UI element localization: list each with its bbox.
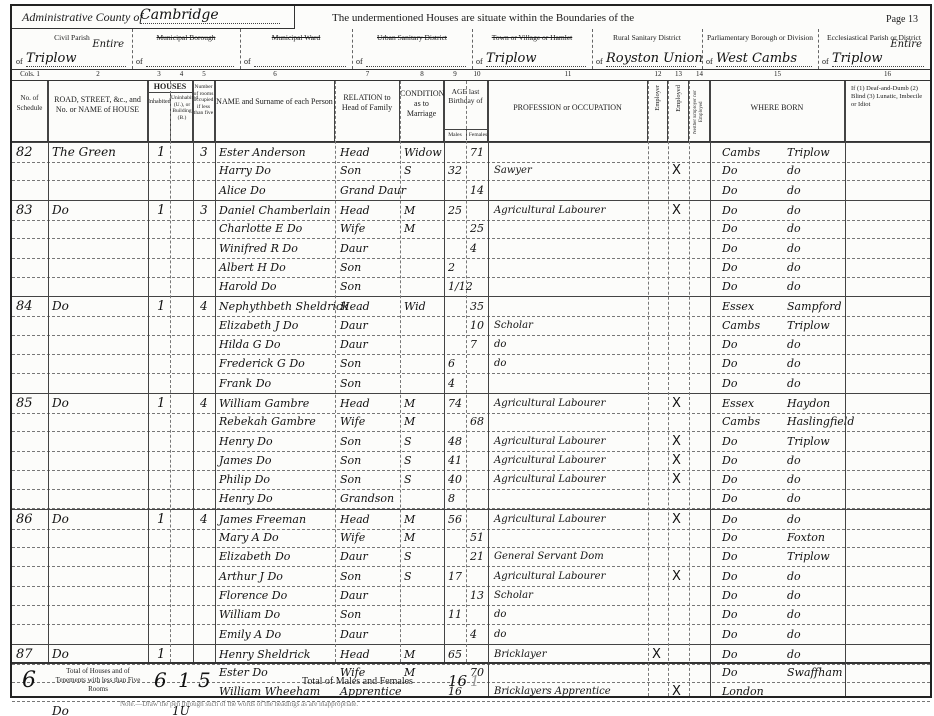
- table-row: 85Do14William GambreHeadM74Agricultural …: [12, 393, 930, 414]
- page-number: Page 13: [886, 14, 918, 25]
- cell-female-age: 25: [470, 219, 488, 238]
- cell-condition: M: [404, 412, 444, 431]
- cell-employer: [652, 510, 666, 529]
- cell-inhabited: [157, 219, 169, 238]
- cell-employer: [652, 625, 666, 644]
- cell-male-age: 8: [448, 489, 466, 508]
- cell-condition: Wid: [404, 297, 444, 316]
- cell-male-age: 32: [448, 161, 466, 180]
- cell-born-county: [722, 702, 782, 716]
- cell-uninhabited: [172, 335, 192, 354]
- cell-born-county: Do: [722, 258, 782, 277]
- cell-neither: [693, 470, 707, 489]
- table-row: Emily A DoDaur4doDodo: [12, 625, 930, 645]
- cell-rooms: 4: [200, 510, 214, 529]
- total-schedules: 6: [22, 668, 36, 693]
- cell-neither: [693, 277, 707, 296]
- cell-schedule: [16, 161, 46, 180]
- cell-female-age: 35: [470, 297, 488, 316]
- cell-occupation: do: [494, 354, 648, 373]
- cell-born-place: Foxton: [787, 528, 845, 547]
- cell-rooms: [200, 586, 214, 605]
- cell-uninhabited: [172, 586, 192, 605]
- cell-employer: X: [652, 645, 666, 664]
- cell-born-place: do: [787, 451, 845, 470]
- cell-schedule: [16, 625, 46, 644]
- header-females: Females: [466, 129, 489, 140]
- cell-rooms: [200, 258, 214, 277]
- cell-male-age: [448, 625, 466, 644]
- cell-rooms: [200, 219, 214, 238]
- cell-female-age: 13: [470, 586, 488, 605]
- cell-neither: [693, 432, 707, 451]
- column-divider: [48, 81, 49, 662]
- district-6: Parliamentary Borough or DivisionofWest …: [702, 29, 819, 69]
- cell-male-age: [448, 528, 466, 547]
- cell-born-place: do: [787, 219, 845, 238]
- cell-employer: [652, 432, 666, 451]
- cell-born-place: do: [787, 258, 845, 277]
- district-1: Municipal Boroughof: [132, 29, 241, 69]
- table-row: 83Do13Daniel ChamberlainHeadM25Agricultu…: [12, 200, 930, 221]
- cell-schedule: [16, 470, 46, 489]
- cell-uninhabited: [172, 316, 192, 335]
- cell-rooms: [200, 412, 214, 431]
- column-divider: [648, 81, 649, 696]
- cell-born-county: Do: [722, 374, 782, 393]
- cell-born-place: do: [787, 354, 845, 373]
- table-row: Arthur J DoSonS17Agricultural LabourerXD…: [12, 567, 930, 587]
- cell-occupation: Agricultural Labourer: [494, 567, 648, 586]
- cell-name: Elizabeth Do: [219, 547, 337, 566]
- cell-neither: [693, 219, 707, 238]
- cell-born-county: Do: [722, 181, 782, 200]
- cell-inhabited: [157, 354, 169, 373]
- cell-condition: M: [404, 394, 444, 413]
- cell-born-place: do: [787, 335, 845, 354]
- cell-name: Charlotte E Do: [219, 219, 337, 238]
- cell-born-county: Do: [722, 239, 782, 258]
- cell-name: Harry Do: [219, 161, 337, 180]
- cell-male-age: 74: [448, 394, 466, 413]
- cell-road: [52, 219, 148, 238]
- cell-female-age: [470, 394, 488, 413]
- column-number: 3: [148, 70, 170, 78]
- column-divider: [215, 81, 216, 662]
- district-note: Entire: [92, 39, 124, 50]
- cell-male-age: 11: [448, 605, 466, 624]
- cell-schedule: [16, 489, 46, 508]
- district-7: Ecclesiastical Parish or DistrictofTripl…: [818, 29, 930, 69]
- cell-road: [52, 354, 148, 373]
- cell-name: William Gambre: [219, 394, 337, 413]
- cell-female-age: 51: [470, 528, 488, 547]
- cell-male-age: 4: [448, 374, 466, 393]
- cell-born-county: Do: [722, 567, 782, 586]
- cell-born-county: Do: [722, 354, 782, 373]
- cell-employer: [652, 219, 666, 238]
- cell-rooms: [200, 239, 214, 258]
- cell-inhabited: [157, 181, 169, 200]
- cell-schedule: [16, 316, 46, 335]
- cell-female-age: [470, 605, 488, 624]
- cell-neither: [693, 316, 707, 335]
- district-value: Triplow: [832, 51, 924, 67]
- cell-neither: [693, 586, 707, 605]
- cell-female-age: [470, 451, 488, 470]
- cell-name: Henry Do: [219, 432, 337, 451]
- cell-uninhabited: [172, 510, 192, 529]
- cell-male-age: [448, 586, 466, 605]
- cell-employer: [652, 258, 666, 277]
- cell-inhabited: [157, 586, 169, 605]
- cell-condition: [404, 625, 444, 644]
- cell-born-county: Do: [722, 528, 782, 547]
- cell-rooms: [200, 335, 214, 354]
- cell-inhabited: [157, 316, 169, 335]
- cell-occupation: Sawyer: [494, 161, 648, 180]
- cell-born-place: do: [787, 567, 845, 586]
- cell-neither: [693, 258, 707, 277]
- of-label: of: [356, 57, 363, 66]
- cell-occupation: [494, 297, 648, 316]
- cell-female-age: [470, 258, 488, 277]
- cell-rooms: [200, 645, 214, 664]
- cell-neither: [693, 510, 707, 529]
- cell-relation: Daur: [340, 547, 400, 566]
- cell-rooms: 3: [200, 143, 214, 162]
- cell-neither: [693, 702, 707, 716]
- table-header: No. of Schedule ROAD, STREET, &c., and N…: [12, 81, 930, 142]
- of-label: of: [706, 57, 713, 66]
- cell-road: Do: [52, 201, 148, 220]
- cell-schedule: [16, 258, 46, 277]
- table-row: Winifred R DoDaur4Dodo: [12, 239, 930, 259]
- cell-relation: Son: [340, 567, 400, 586]
- cell-name: Henry Do: [219, 489, 337, 508]
- cell-condition: [404, 277, 444, 296]
- cell-name: Henry Sheldrick: [219, 645, 337, 664]
- cell-road: [52, 489, 148, 508]
- header-employed-cell: Employed: [668, 81, 689, 141]
- cell-relation: Son: [340, 161, 400, 180]
- cell-inhabited: [157, 625, 169, 644]
- cell-born-county: Do: [722, 277, 782, 296]
- table-row: Hilda G DoDaur7doDodo: [12, 335, 930, 355]
- cell-employed: X: [672, 432, 686, 451]
- cell-schedule: 84: [16, 297, 46, 316]
- cell-road: Do: [52, 297, 148, 316]
- cell-schedule: [16, 605, 46, 624]
- cell-employed: X: [672, 470, 686, 489]
- cell-rooms: [200, 451, 214, 470]
- cell-road: [52, 605, 148, 624]
- of-label: of: [136, 57, 143, 66]
- cell-employer: [652, 451, 666, 470]
- cell-relation: Son: [340, 451, 400, 470]
- header-rooms: Number of rooms occupied if less than fi…: [193, 81, 215, 141]
- cell-male-age: [448, 412, 466, 431]
- column-divider: [845, 81, 846, 696]
- cell-road: The Green: [52, 143, 148, 162]
- cell-born-place: do: [787, 510, 845, 529]
- district-5: Rural Sanitary DistrictofRoyston Union: [592, 29, 703, 69]
- of-label: of: [596, 57, 603, 66]
- column-number: 9: [444, 70, 466, 78]
- cell-born-place: Triplow: [787, 143, 845, 162]
- column-number: 6: [215, 70, 335, 78]
- census-sheet: Administrative County of Cambridge The u…: [10, 4, 932, 698]
- cell-relation: Head: [340, 143, 400, 162]
- cell-employed: [672, 239, 686, 258]
- cell-inhabited: [157, 432, 169, 451]
- cell-female-age: 68: [470, 412, 488, 431]
- cell-condition: S: [404, 432, 444, 451]
- table-row: 86Do14James FreemanHeadM56Agricultural L…: [12, 509, 930, 530]
- cell-schedule: [16, 702, 46, 716]
- table-row: Elizabeth DoDaurS21General Servant DomDo…: [12, 547, 930, 567]
- cell-uninhabited: [172, 625, 192, 644]
- cell-condition: M: [404, 645, 444, 664]
- cell-employer: [652, 277, 666, 296]
- cell-male-age: 56: [448, 510, 466, 529]
- total-uninhabited: 1: [178, 668, 191, 692]
- cell-uninhabited: [172, 645, 192, 664]
- cell-occupation: Agricultural Labourer: [494, 451, 648, 470]
- cell-employed: [672, 528, 686, 547]
- column-divider: [710, 81, 711, 696]
- cell-road: [52, 470, 148, 489]
- cell-male-age: [448, 239, 466, 258]
- cell-rooms: 4: [200, 394, 214, 413]
- cell-male-age: 2: [448, 258, 466, 277]
- cell-male-age: [448, 316, 466, 335]
- cell-uninhabited: [172, 297, 192, 316]
- cell-employed: [672, 143, 686, 162]
- cell-relation: Head: [340, 645, 400, 664]
- cell-schedule: 83: [16, 201, 46, 220]
- cell-employer: [652, 316, 666, 335]
- cell-born-county: Cambs: [722, 143, 782, 162]
- table-row: Elizabeth J DoDaur10ScholarCambsTriplow: [12, 316, 930, 336]
- cell-relation: Wife: [340, 412, 400, 431]
- cell-inhabited: 1: [157, 143, 169, 162]
- cell-uninhabited: [172, 161, 192, 180]
- cell-born-place: do: [787, 277, 845, 296]
- cell-occupation: Agricultural Labourer: [494, 394, 648, 413]
- cell-condition: [404, 258, 444, 277]
- cell-condition: S: [404, 161, 444, 180]
- cell-rooms: [200, 354, 214, 373]
- cell-female-age: 4: [470, 239, 488, 258]
- column-number: 2: [48, 70, 148, 78]
- cell-uninhabited: [172, 412, 192, 431]
- cell-born-place: do: [787, 374, 845, 393]
- district-value: [366, 66, 466, 67]
- cell-rooms: [200, 277, 214, 296]
- district-label: Parliamentary Borough or Division: [702, 33, 818, 42]
- table-row: Charlotte E DoWifeM25Dodo: [12, 219, 930, 239]
- cell-born-county: Do: [722, 605, 782, 624]
- cell-uninhabited: [172, 567, 192, 586]
- total-males: 16: [448, 672, 467, 690]
- cell-uninhabited: [172, 489, 192, 508]
- cell-male-age: [448, 547, 466, 566]
- cell-male-age: [448, 335, 466, 354]
- of-label: of: [16, 57, 23, 66]
- cell-inhabited: [157, 239, 169, 258]
- header-uninhabited: Uninhabited (U.), or Building (B.): [170, 93, 193, 141]
- cell-employed: [672, 316, 686, 335]
- cell-female-age: [470, 510, 488, 529]
- cell-road: [52, 586, 148, 605]
- cell-occupation: Bricklayer: [494, 645, 648, 664]
- header-employed: Employed: [675, 85, 682, 112]
- header-condition: CONDITION as to Marriage: [400, 81, 444, 141]
- cell-employer: [652, 161, 666, 180]
- cell-occupation: [494, 374, 648, 393]
- cell-employed: [672, 412, 686, 431]
- column-divider: [170, 81, 171, 662]
- cell-employer: [652, 297, 666, 316]
- boundaries-text: The undermentioned Houses are situate wi…: [332, 12, 634, 24]
- cell-male-age: [448, 143, 466, 162]
- cell-occupation: Agricultural Labourer: [494, 432, 648, 451]
- cell-condition: [404, 354, 444, 373]
- cell-schedule: [16, 374, 46, 393]
- cell-occupation: [494, 277, 648, 296]
- table-row: 84Do14Nephythbeth SheldrickHeadWid35Esse…: [12, 296, 930, 317]
- district-value: [146, 66, 234, 67]
- cell-neither: [693, 528, 707, 547]
- cell-born-county: Cambs: [722, 412, 782, 431]
- cell-employer: [652, 528, 666, 547]
- cell-employer: [652, 605, 666, 624]
- cell-employed: [672, 605, 686, 624]
- cell-road: [52, 567, 148, 586]
- cell-born-county: Essex: [722, 297, 782, 316]
- cell-name: Mary A Do: [219, 528, 337, 547]
- cell-road: [52, 335, 148, 354]
- cell-schedule: [16, 354, 46, 373]
- cell-born-place: do: [787, 645, 845, 664]
- cell-inhabited: 1: [157, 645, 169, 664]
- column-number: 15: [710, 70, 845, 78]
- cell-employer: [652, 201, 666, 220]
- column-divider: [488, 81, 489, 696]
- cell-relation: Son: [340, 354, 400, 373]
- district-note: Entire: [890, 39, 922, 50]
- cell-name: James Do: [219, 451, 337, 470]
- cell-occupation: [494, 239, 648, 258]
- header-employer: Employer: [654, 85, 661, 111]
- cell-male-age: 6: [448, 354, 466, 373]
- cell-born-place: do: [787, 586, 845, 605]
- cell-inhabited: [157, 470, 169, 489]
- cell-occupation: [494, 181, 648, 200]
- cell-road: [52, 451, 148, 470]
- cell-employed: X: [672, 394, 686, 413]
- cell-schedule: [16, 547, 46, 566]
- cell-inhabited: [157, 335, 169, 354]
- cell-relation: Son: [340, 277, 400, 296]
- cell-schedule: [16, 219, 46, 238]
- cell-employed: [672, 297, 686, 316]
- cell-relation: Grandson: [340, 489, 400, 508]
- cell-schedule: 87: [16, 645, 46, 664]
- cell-employer: [652, 335, 666, 354]
- cell-employer: [652, 470, 666, 489]
- cell-employed: [672, 219, 686, 238]
- cell-name: Nephythbeth Sheldrick: [219, 297, 337, 316]
- cell-uninhabited: [172, 277, 192, 296]
- cell-female-age: 21: [470, 547, 488, 566]
- table-row: Florence DoDaur13ScholarDodo: [12, 586, 930, 606]
- cell-employed: [672, 625, 686, 644]
- cell-occupation: do: [494, 625, 648, 644]
- district-0: Civil ParishofTriplowEntire: [12, 29, 133, 69]
- cell-condition: S: [404, 470, 444, 489]
- cell-employed: [672, 702, 686, 716]
- cell-road: [52, 316, 148, 335]
- cell-road: Do: [52, 510, 148, 529]
- cell-inhabited: [157, 528, 169, 547]
- cell-female-age: 71: [470, 143, 488, 162]
- cell-employer: [652, 354, 666, 373]
- cell-inhabited: [157, 277, 169, 296]
- cell-born-place: Haslingfield: [787, 412, 845, 431]
- cell-relation: Head: [340, 394, 400, 413]
- cell-born-county: Cambs: [722, 316, 782, 335]
- cell-born-place: Haydon: [787, 394, 845, 413]
- district-value: Triplow: [26, 51, 126, 67]
- cell-occupation: [494, 219, 648, 238]
- cell-female-age: 14: [470, 181, 488, 200]
- cell-rooms: [200, 489, 214, 508]
- cell-schedule: 82: [16, 143, 46, 162]
- cell-name: Frank Do: [219, 374, 337, 393]
- cell-born-county: Essex: [722, 394, 782, 413]
- cell-neither: [693, 181, 707, 200]
- cell-condition: M: [404, 510, 444, 529]
- cell-name: Emily A Do: [219, 625, 337, 644]
- cell-relation: Daur: [340, 335, 400, 354]
- cell-rooms: [200, 547, 214, 566]
- cell-female-age: [470, 374, 488, 393]
- cell-born-place: Triplow: [787, 432, 845, 451]
- cell-uninhabited: [172, 354, 192, 373]
- table-row: Henry DoGrandson8Dodo: [12, 489, 930, 509]
- header-relation: RELATION to Head of Family: [335, 81, 400, 141]
- column-number: 12: [648, 70, 668, 78]
- cell-born-place: do: [787, 470, 845, 489]
- table-row: Philip DoSonS40Agricultural LabourerXDod…: [12, 470, 930, 490]
- cell-relation: Wife: [340, 528, 400, 547]
- cell-uninhabited: [172, 201, 192, 220]
- cell-neither: [693, 547, 707, 566]
- cell-born-place: Triplow: [787, 547, 845, 566]
- cell-rooms: [200, 316, 214, 335]
- column-divider: [335, 81, 336, 662]
- cell-occupation: [494, 702, 648, 716]
- column-divider: [668, 81, 669, 696]
- table-row: William DoSon11doDodo: [12, 605, 930, 625]
- cell-rooms: [200, 374, 214, 393]
- cell-occupation: do: [494, 335, 648, 354]
- cell-rooms: [200, 528, 214, 547]
- cell-condition: [404, 489, 444, 508]
- cell-relation: Daur: [340, 316, 400, 335]
